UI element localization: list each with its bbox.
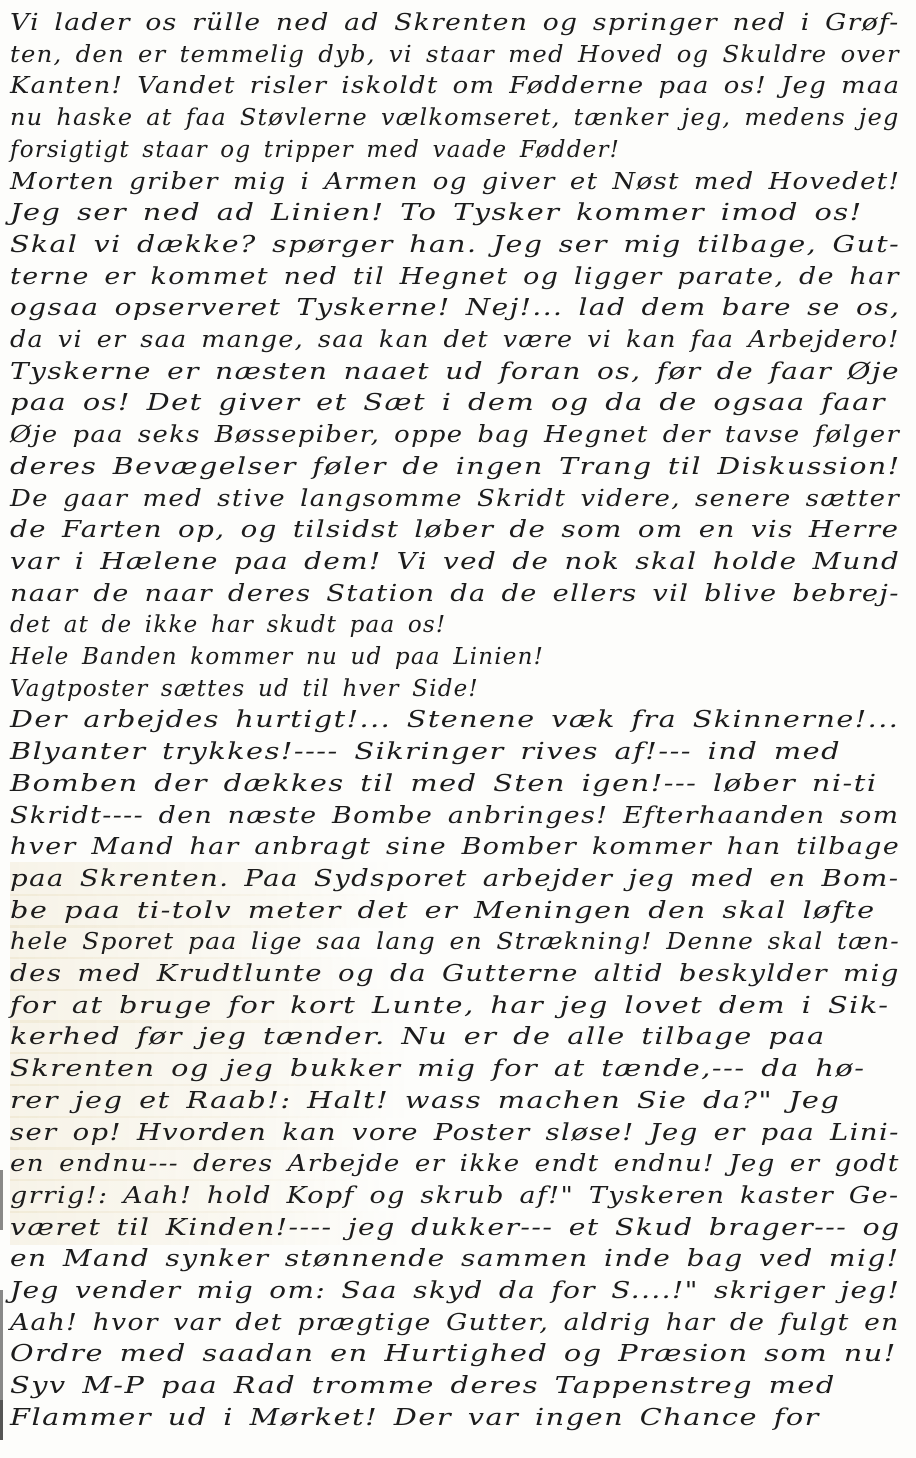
handwritten-line-43: Ordre med saadan en Hurtighed og Præsion… [10, 1337, 897, 1371]
handwritten-line-39: været til Kinden!---- jeg dukker--- et S… [10, 1211, 901, 1245]
handwritten-line-5: forsigtigt staar og tripper med vaade Fø… [10, 133, 620, 167]
handwritten-line-11: da vi er saa mange, saa kan det være vi … [10, 323, 900, 357]
handwritten-line-41: Jeg vender mig om: Saa skyd da for S....… [10, 1274, 900, 1308]
handwritten-line-12: Tyskerne er næsten naaet ud foran os, fø… [10, 355, 900, 389]
handwritten-line-20: det at de ikke har skudt paa os! [10, 608, 446, 642]
handwritten-line-1: Vi lader os rülle ned ad Skrenten og spr… [10, 6, 900, 40]
handwritten-line-33: kerhed før jeg tænder. Nu er de alle til… [10, 1020, 826, 1054]
handwritten-line-13: paa os! Det giver et Sæt i dem og da de … [10, 386, 886, 420]
handwritten-line-7: Jeg ser ned ad Linien! To Tysker kommer … [10, 196, 863, 230]
handwritten-line-3: Kanten! Vandet risler iskoldt om Føddern… [10, 69, 900, 103]
handwritten-line-24: Blyanter trykkes!---- Sikringer rives af… [10, 735, 841, 769]
handwritten-line-42: Aah! hvor var det prægtige Gutter, aldri… [10, 1306, 900, 1340]
handwritten-line-34: Skrenten og jeg bukker mig for at tænde,… [10, 1052, 865, 1086]
handwritten-line-14: Øje paa seks Bøssepiber, oppe bag Hegnet… [10, 418, 900, 452]
handwritten-line-45: Flammer ud i Mørket! Der var ingen Chanc… [10, 1401, 820, 1435]
handwritten-line-36: ser op! Hvorden kan vore Poster sløse! J… [10, 1116, 900, 1150]
handwritten-line-32: for at bruge for kort Lunte, har jeg lov… [10, 989, 889, 1023]
handwritten-line-15: deres Bevægelser føler de ingen Trang ti… [10, 450, 901, 484]
handwritten-line-21: Hele Banden kommer nu ud paa Linien! [10, 640, 544, 674]
handwritten-line-6: Morten griber mig i Armen og giver et Nø… [10, 165, 900, 199]
handwritten-line-29: be paa ti-tolv meter det er Meningen den… [10, 894, 876, 928]
handwritten-line-8: Skal vi dække? spørger han. Jeg ser mig … [10, 228, 900, 262]
handwritten-line-30: hele Sporet paa lige saa lang en Strækni… [10, 925, 900, 959]
handwritten-line-2: ten, den er temmelig dyb, vi staar med H… [10, 38, 900, 72]
handwritten-line-17: de Farten op, og tilsidst løber de som o… [10, 513, 899, 547]
handwritten-line-35: rer jeg et Raab!: Halt! wass machen Sie … [10, 1084, 840, 1118]
handwritten-line-10: ogsaa opserveret Tyskerne! Nej!... lad d… [10, 291, 900, 325]
handwritten-line-18: var i Hælene paa dem! Vi ved de nok skal… [10, 545, 900, 579]
handwritten-line-28: paa Skrenten. Paa Sydsporet arbejder jeg… [10, 862, 899, 896]
handwritten-line-23: Der arbejdes hurtigt!... Stenene væk fra… [10, 703, 899, 737]
manuscript-page: Vi lader os rülle ned ad Skrenten og spr… [0, 0, 916, 1458]
handwritten-line-22: Vagtposter sættes ud til hver Side! [10, 672, 479, 706]
handwritten-line-38: grrig!: Aah! hold Kopf og skrub af!" Tys… [10, 1179, 900, 1213]
handwritten-line-37: en endnu--- deres Arbejde er ikke endt e… [10, 1147, 900, 1181]
handwritten-line-31: des med Krudtlunte og da Gutterne altid … [10, 957, 900, 991]
handwritten-line-25: Bomben der dækkes til med Sten igen!--- … [10, 767, 878, 801]
margin-mark-3 [0, 1400, 3, 1440]
handwritten-line-9: terne er kommet ned til Hegnet og ligger… [10, 260, 900, 294]
handwritten-line-19: naar de naar deres Station da de ellers … [10, 577, 900, 611]
margin-mark-1 [0, 1170, 3, 1230]
handwritten-line-16: De gaar med stive langsomme Skridt vider… [10, 482, 900, 516]
handwritten-line-40: en Mand synker stønnende sammen inde bag… [10, 1242, 900, 1276]
handwritten-line-26: Skridt---- den næste Bombe anbringes! Ef… [10, 799, 899, 833]
handwritten-line-4: nu haske at faa Støvlerne vælkomseret, t… [10, 101, 900, 135]
handwritten-line-27: hver Mand har anbragt sine Bomber kommer… [10, 830, 900, 864]
handwritten-line-44: Syv M-P paa Rad tromme deres Tappenstreg… [10, 1369, 836, 1403]
